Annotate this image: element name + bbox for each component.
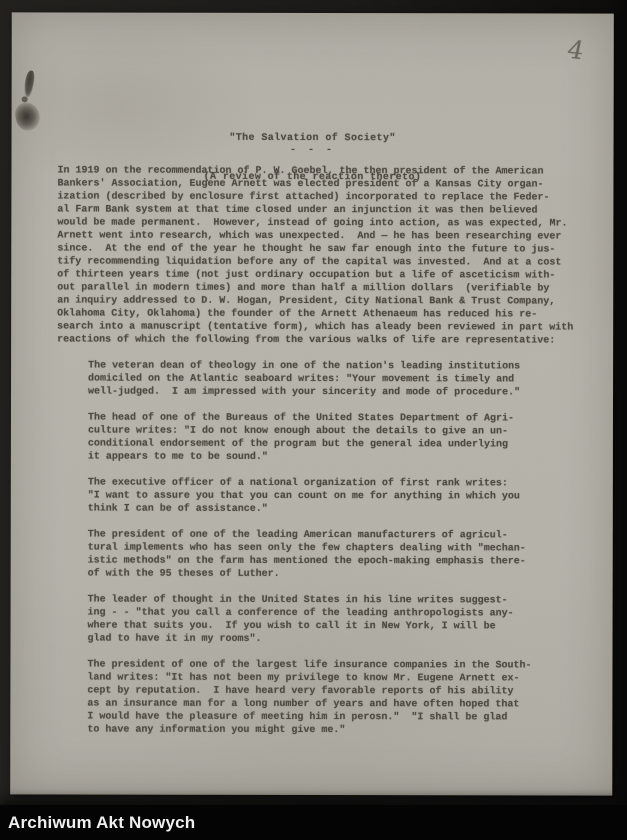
archival-scan-page: { "page": { "handwritten_page_number": "… [0, 0, 627, 840]
archive-watermark-bar: Archiwum Akt Nowych [0, 805, 627, 840]
testimonial-paragraph: The president of one of the leading Amer… [57, 528, 587, 581]
handwritten-page-number: 4 [565, 35, 587, 65]
testimonial-paragraph: The president of one of the largest life… [56, 658, 586, 737]
archive-watermark-label: Archiwum Akt Nowych [8, 813, 195, 833]
ink-smudge [23, 70, 36, 98]
testimonial-paragraph: The head of one of the Bureaus of the Un… [57, 411, 587, 464]
intro-paragraph: In 1919 on the recommendation of P. W. G… [57, 164, 587, 347]
testimonial-paragraph: The veteran dean of theology in one of t… [57, 359, 587, 399]
document-body: In 1919 on the recommendation of P. W. G… [56, 164, 587, 750]
paper-sheet: 4 "The Salvation of Society" (A review o… [10, 12, 614, 795]
testimonial-paragraph: The leader of thought in the United Stat… [56, 593, 586, 646]
testimonial-paragraph: The executive officer of a national orga… [57, 476, 587, 516]
separator-dashes: - - - [12, 143, 614, 157]
